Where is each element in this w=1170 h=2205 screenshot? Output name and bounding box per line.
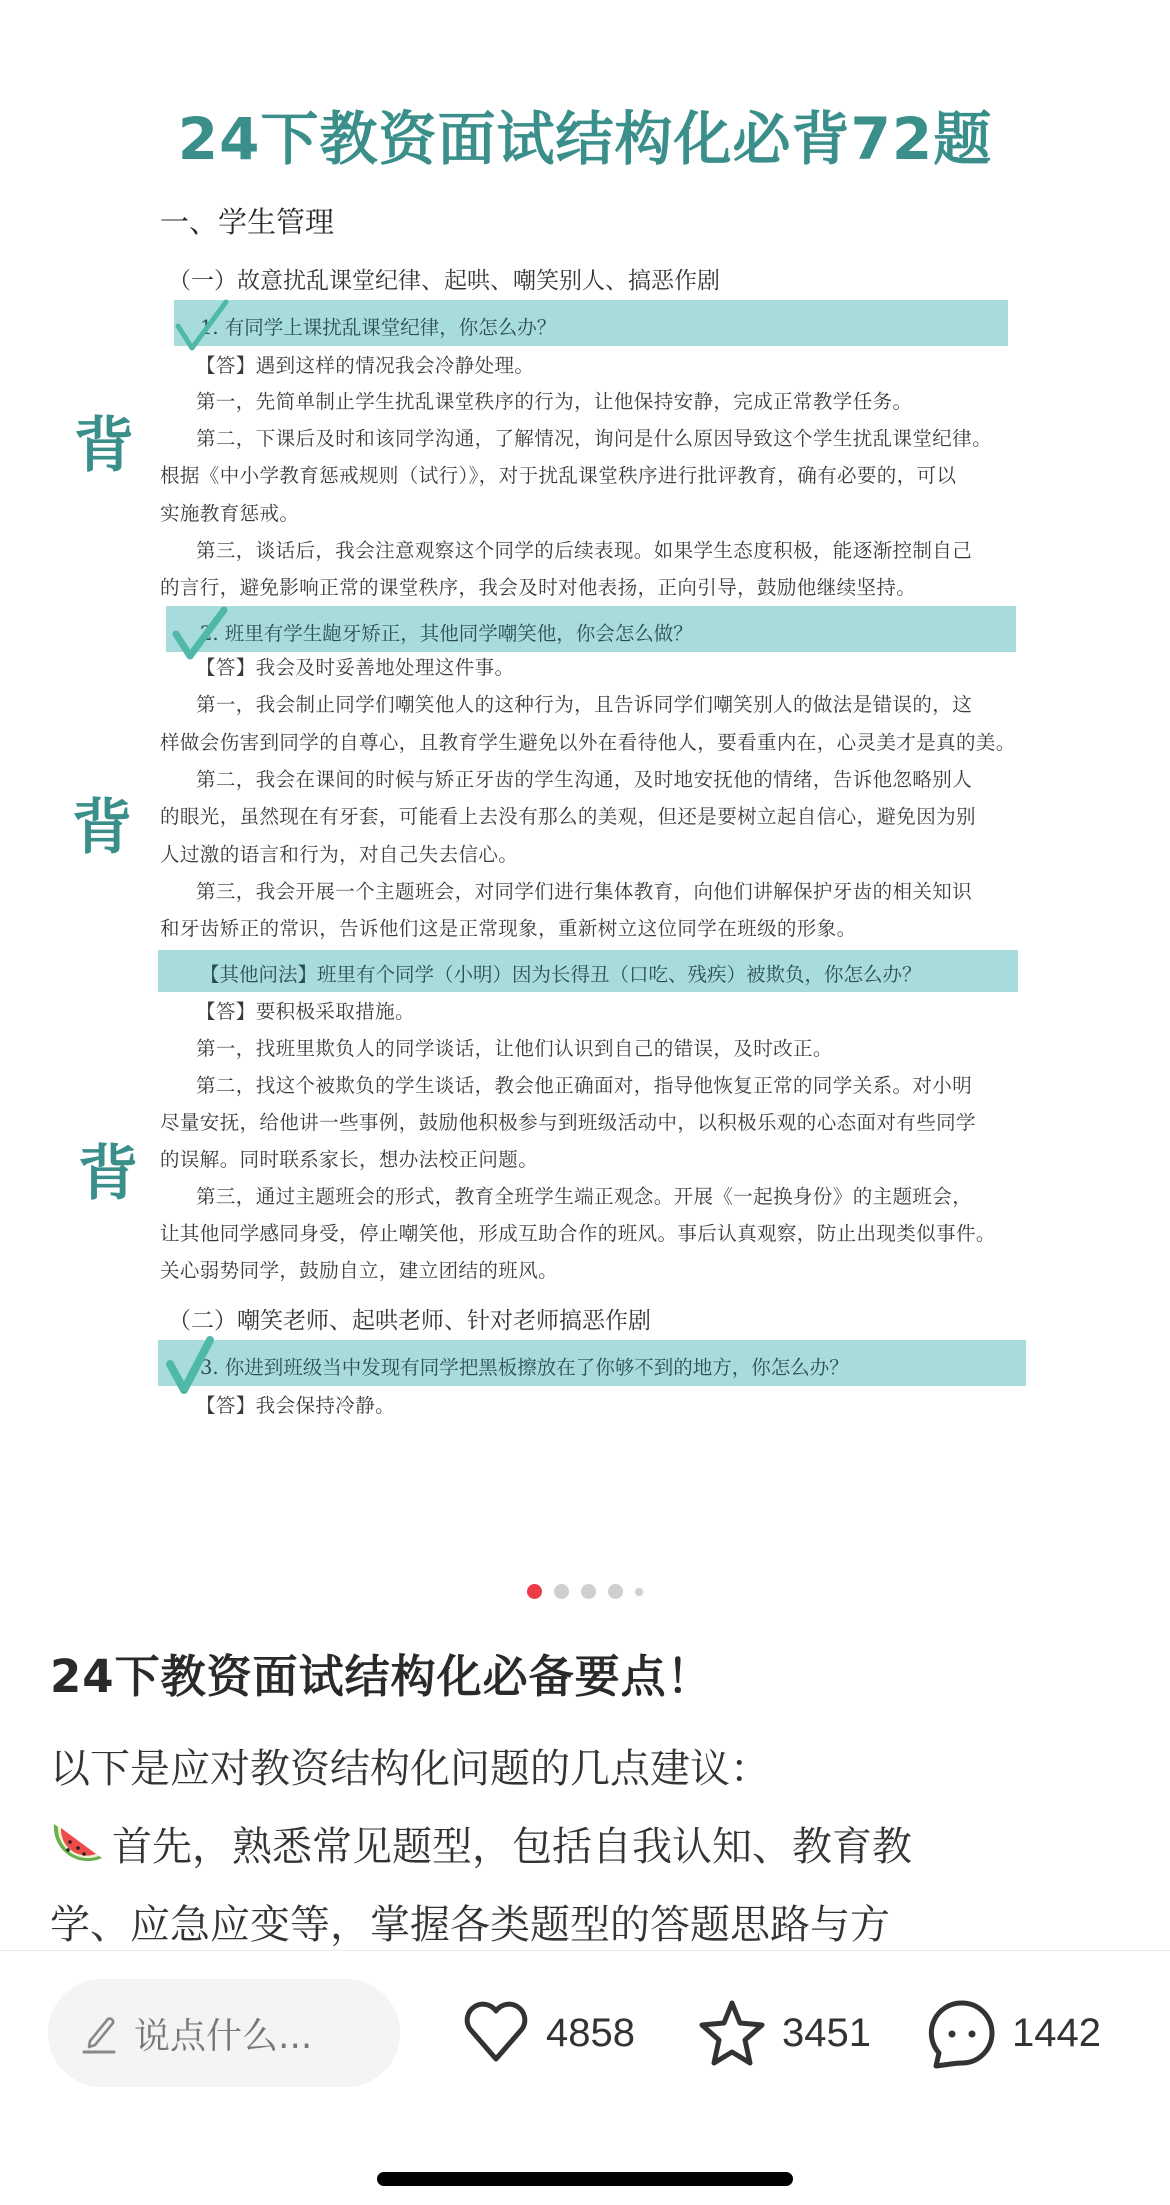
post-body: 以下是应对教资结构化问题的几点建议： 首先，熟悉常见题型，包括自我认知、教育教 … [50,1730,1130,1964]
body-line: 实施教育惩戒。 [160,498,1020,526]
question-text: 【其他问法】班里有个同学（小明）因为长得丑（口吃、残疾）被欺负，你怎么办？ [200,959,922,987]
like-button[interactable]: 4858 [458,1991,635,2075]
question-text: 1. 有同学上课扰乱课堂纪律，你怎么办？ [200,312,556,340]
document-title: 24下教资面试结构化必背72题 [0,92,1170,176]
memorize-mark: 背 [78,1126,138,1212]
body-line: 和牙齿矫正的常识，告诉他们这是正常现象，重新树立这位同学在班级的形象。 [160,913,1020,941]
body-line: 尽量安抚，给他讲一些事例，鼓励他积极参与到班级活动中，以积极乐观的心态面对有些同… [160,1107,1020,1135]
answer-text: 【答】要积极采取措施。 [196,996,1056,1024]
comment-input[interactable]: 说点什么... [48,1979,400,2087]
answer-text: 【答】我会及时妥善地处理这件事。 [196,652,1056,680]
pencil-icon [80,2011,120,2055]
chat-bubble-icon [924,1995,1000,2071]
body-line: 第一，先简单制止学生扰乱课堂秩序的行为，让他保持安静，完成正常教学任务。 [196,386,1056,414]
body-line: 第三，谈话后，我会注意观察这个同学的后续表现。如果学生态度积极，能逐渐控制自己 [196,535,1056,563]
body-line: 第二，下课后及时和该同学沟通，了解情况，询问是什么原因导致这个学生扰乱课堂纪律。 [196,423,1056,451]
body-line: 第二，我会在课间的时候与矫正牙齿的学生沟通，及时地安抚他的情绪，告诉他忽略别人 [196,764,1056,792]
question-text: 3. 你进到班级当中发现有同学把黑板擦放在了你够不到的地方，你怎么办？ [200,1352,849,1380]
bottom-action-bar: 说点什么... 4858 3451 1442 [0,1950,1170,2205]
memorize-mark: 背 [72,780,132,866]
post-body-text: 首先，熟悉常见题型，包括自我认知、教育教 [112,1824,912,1870]
post-body-line: 首先，熟悉常见题型，包括自我认知、教育教 [50,1808,1130,1886]
watermelon-icon [50,1818,106,1866]
body-line: 第三，我会开展一个主题班会，对同学们进行集体教育，向他们讲解保护牙齿的相关知识 [196,876,1056,904]
collect-button[interactable]: 3451 [694,1991,871,2075]
collect-count: 3451 [782,2011,871,2056]
carousel-image[interactable]: 24下教资面试结构化必背72题 一、学生管理 （一）故意扰乱课堂纪律、起哄、嘲笑… [0,0,1170,1560]
post-body-line: 以下是应对教资结构化问题的几点建议： [50,1730,1130,1808]
body-line: 让其他同学感同身受，停止嘲笑他，形成互助合作的班风。事后认真观察，防止出现类似事… [160,1218,1020,1246]
body-line: 第一，找班里欺负人的同学谈话，让他们认识到自己的错误，及时改正。 [196,1033,1056,1061]
question-text: 2. 班里有学生龅牙矫正，其他同学嘲笑他，你会怎么做？ [200,618,693,646]
memorize-mark: 背 [74,398,134,484]
post-title: 24下教资面试结构化必备要点！ [50,1640,713,1705]
subsection-heading: （一）故意扰乱课堂纪律、起哄、嘲笑别人、搞恶作剧 [168,262,720,295]
body-line: 的言行，避免影响正常的课堂秩序，我会及时对他表扬，正向引导，鼓励他继续坚持。 [160,572,1020,600]
body-line: 第三，通过主题班会的形式，教育全班学生端正观念。开展《一起换身份》的主题班会， [196,1181,1056,1209]
carousel-dot[interactable] [608,1584,623,1599]
body-line: 人过激的语言和行为，对自己失去信心。 [160,839,1020,867]
body-line: 关心弱势同学，鼓励自立，建立团结的班风。 [160,1255,1020,1283]
comment-count: 1442 [1012,2011,1101,2056]
body-line: 样做会伤害到同学的自尊心，且教育学生避免以外在看待他人，要看重内在，心灵美才是真… [160,727,1020,755]
checkmark-icon [170,296,240,356]
carousel-indicator [0,1584,1170,1599]
body-line: 第一，我会制止同学们嘲笑他人的这种行为，且告诉同学们嘲笑别人的做法是错误的，这 [196,689,1056,717]
comment-placeholder: 说点什么... [134,2008,312,2059]
carousel-dot[interactable] [635,1588,643,1596]
body-line: 的眼光，虽然现在有牙套，可能看上去没有那么的美观，但还是要树立起自信心，避免因为… [160,801,1020,829]
body-line: 的误解。同时联系家长，想办法校正问题。 [160,1144,1020,1172]
heart-icon [458,1995,534,2071]
answer-text: 【答】我会保持冷静。 [196,1390,1056,1418]
comment-button[interactable]: 1442 [924,1991,1101,2075]
carousel-dot[interactable] [554,1584,569,1599]
checkmark-icon [162,1336,232,1396]
home-indicator[interactable] [377,2172,793,2186]
star-icon [694,1995,770,2071]
like-count: 4858 [546,2011,635,2056]
section-heading: 一、学生管理 [160,200,334,241]
answer-text: 【答】遇到这样的情况我会冷静处理。 [196,350,1056,378]
body-line: 第二，找这个被欺负的学生谈话，教会他正确面对，指导他恢复正常的同学关系。对小明 [196,1070,1056,1098]
carousel-dot[interactable] [581,1584,596,1599]
body-line: 根据《中小学教育惩戒规则（试行）》，对于扰乱课堂秩序进行批评教育，确有必要的，可… [160,460,1020,488]
carousel-dot-active[interactable] [527,1584,542,1599]
subsection-heading: （二）嘲笑老师、起哄老师、针对老师搞恶作剧 [168,1302,651,1335]
